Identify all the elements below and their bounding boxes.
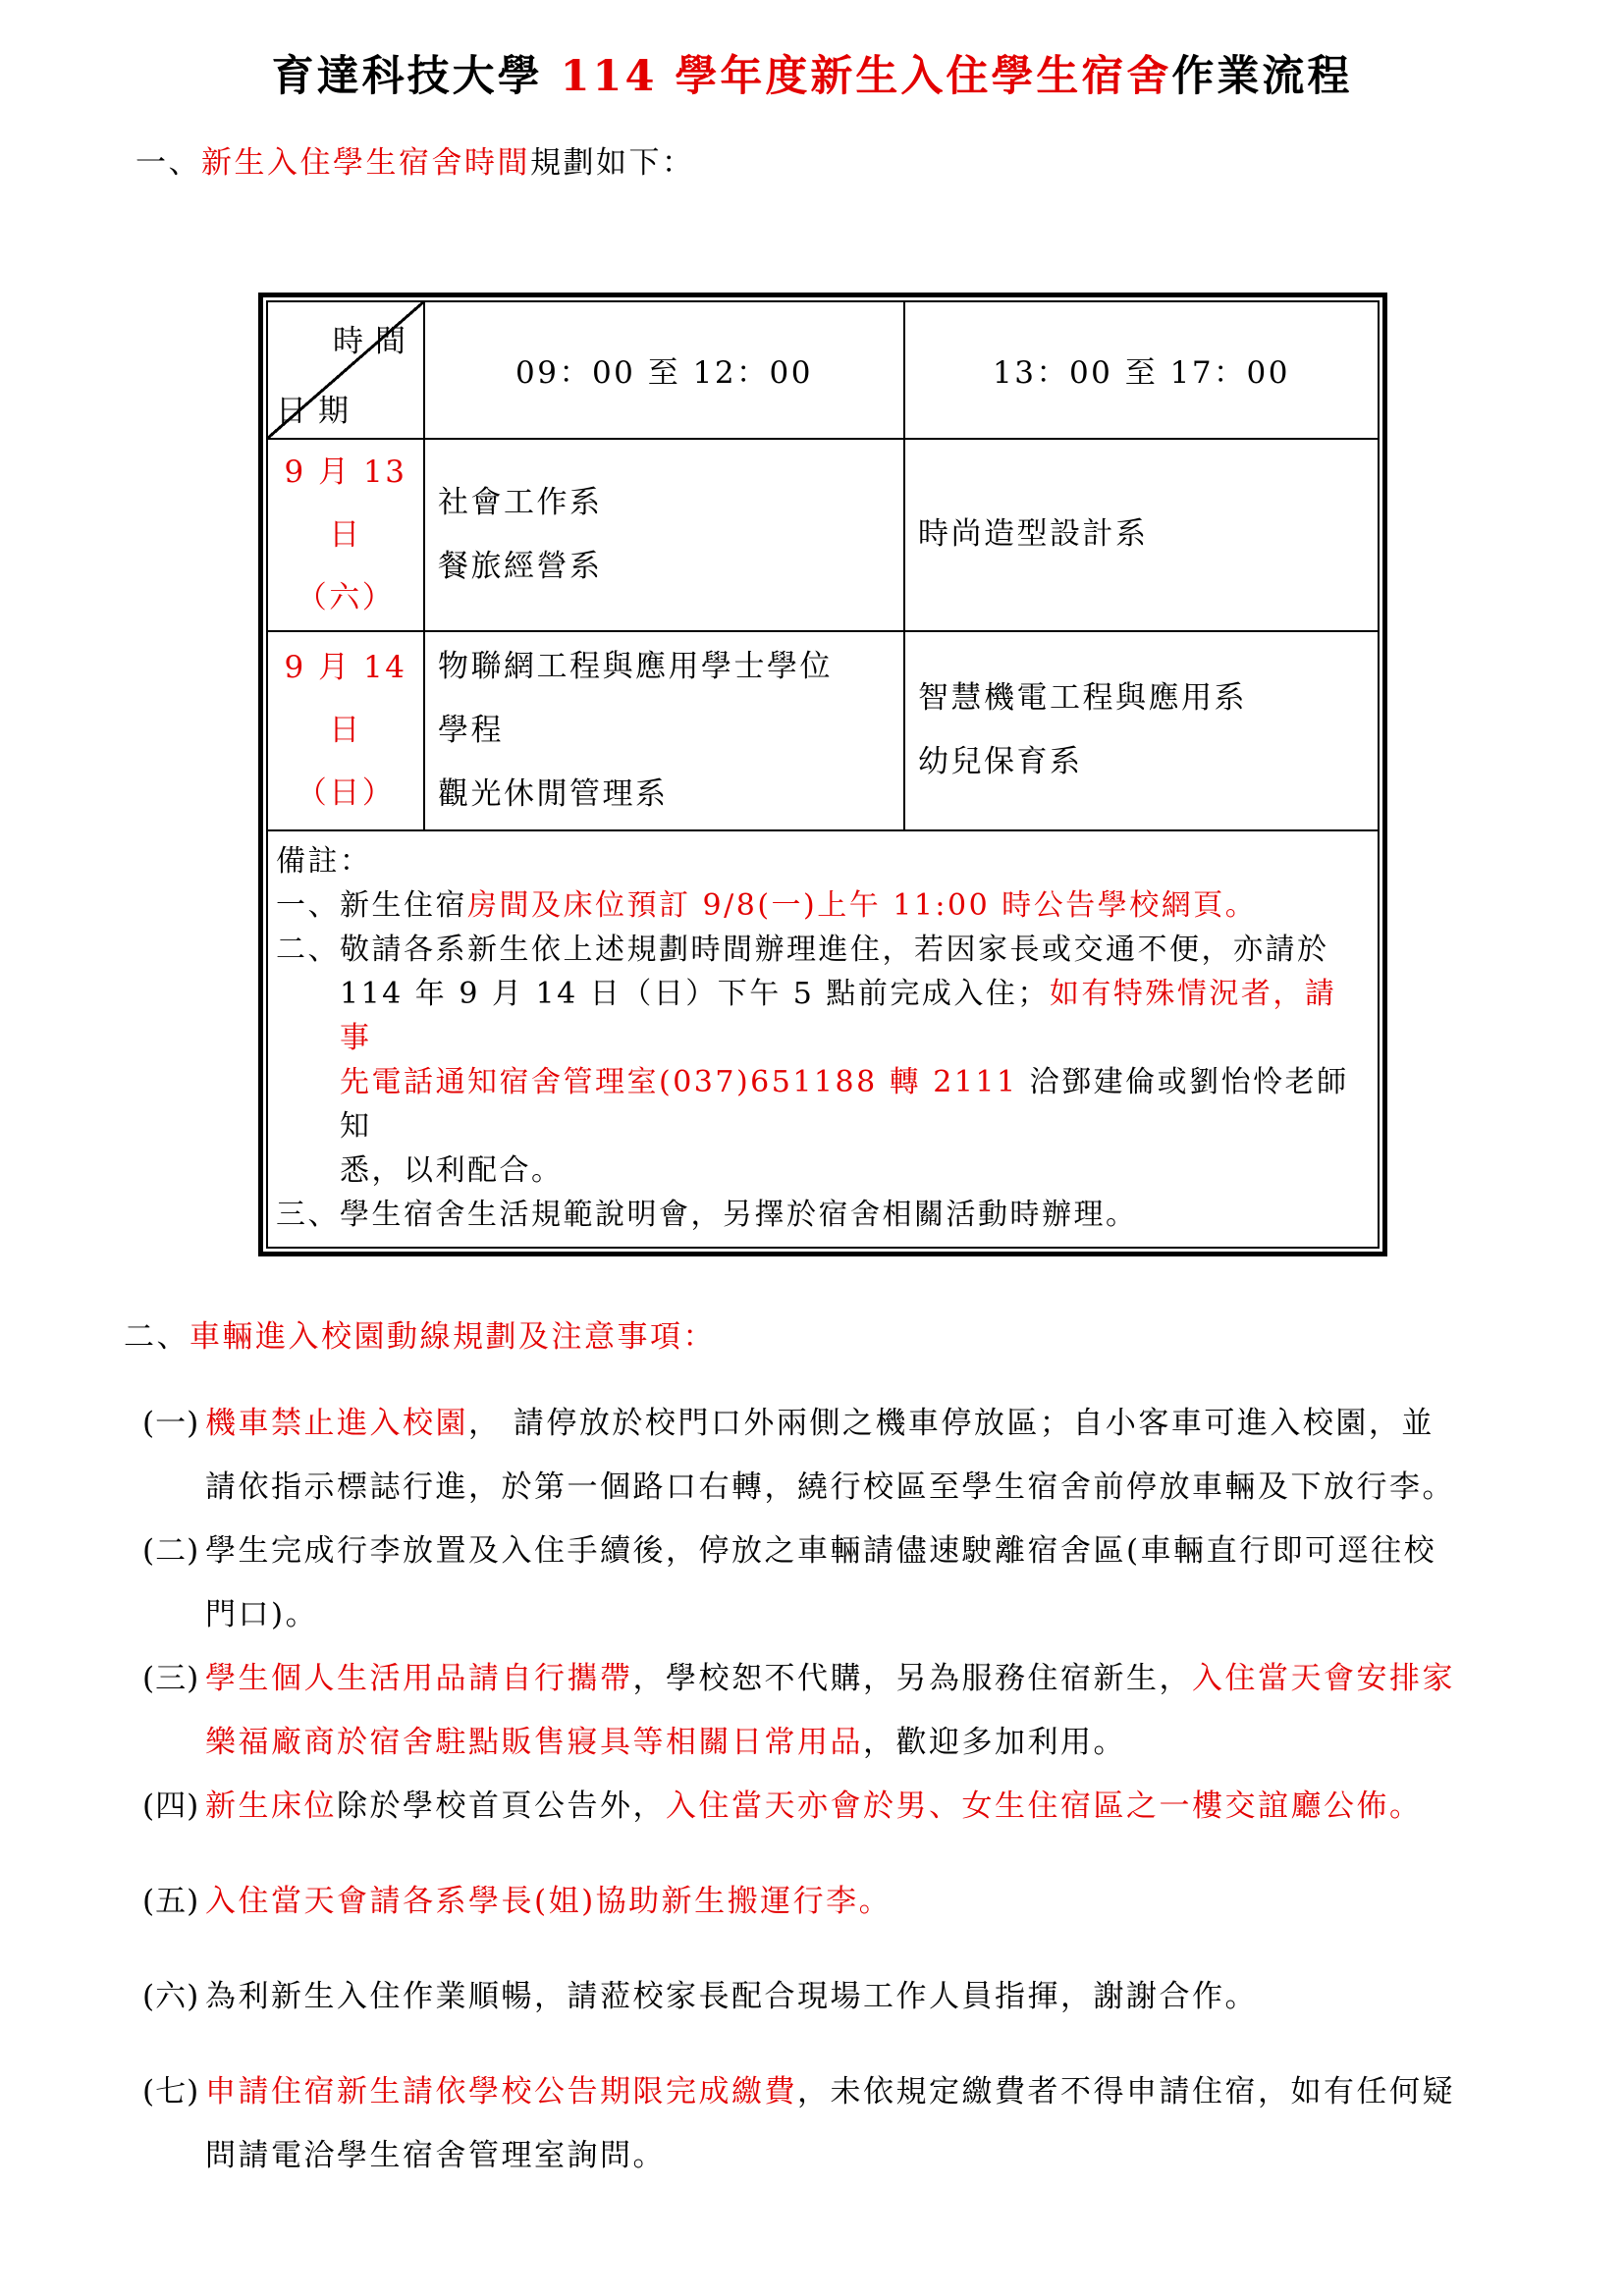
corner-label-time: 時間 <box>333 316 417 360</box>
item-marker: (五) <box>142 1870 205 1934</box>
list-item: (一) 機車禁止進入校園， 請停放於校門口外兩側之機車停放區；自小客車可進入校園… <box>142 1392 1585 1520</box>
note-item: 一、 新生住宿房間及床位預訂 9/8(一)上午 11:00 時公告學校網頁。 <box>276 883 1368 928</box>
page-title: 育達科技大學 114 學年度新生入住學生宿舍作業流程 <box>0 51 1624 104</box>
note-marker: 一、 <box>276 883 340 928</box>
section2-heading: 二、車輛進入校園動線規劃及注意事項： <box>124 1317 1624 1357</box>
item-text: 新生床位除於學校首頁公告外，入住當天亦會於男、女生住宿區之一樓交誼廳公佈。 <box>205 1775 1585 1839</box>
item-marker: (四) <box>142 1775 205 1839</box>
afternoon-depts-cell: 時尚造型設計系 <box>904 439 1379 631</box>
item-text: 學生個人生活用品請自行攜帶，學校恕不代購，另為服務住宿新生，入住當天會安排家 樂… <box>205 1647 1585 1775</box>
item-marker: (二) <box>142 1520 205 1647</box>
schedule-table: 時間 日期 09：00 至 12：00 13：00 至 17：00 9 月 13… <box>266 300 1380 1249</box>
item-text: 學生完成行李放置及入住手續後，停放之車輛請儘速駛離宿舍區(車輛直行即可逕往校 門… <box>205 1520 1585 1647</box>
item-text: 申請住宿新生請依學校公告期限完成繳費，未依規定繳費者不得申請住宿，如有任何疑 問… <box>205 2060 1585 2188</box>
morning-depts-cell: 物聯網工程與應用學士學位 學程 觀光休閒管理系 <box>424 631 904 830</box>
item-marker: (七) <box>142 2060 205 2188</box>
list-item: (二) 學生完成行李放置及入住手續後，停放之車輛請儘速駛離宿舍區(車輛直行即可逕… <box>142 1520 1585 1647</box>
schedule-table-frame: 時間 日期 09：00 至 12：00 13：00 至 17：00 9 月 13… <box>258 293 1387 1256</box>
corner-cell: 時間 日期 <box>267 301 424 439</box>
morning-header-cell: 09：00 至 12：00 <box>424 301 904 439</box>
date-cell: 9 月 14 日 （日） <box>267 631 424 830</box>
note-item: 二、 敬請各系新生依上述規劃時間辦理進住，若因家長或交通不便，亦請於 114 年… <box>276 928 1368 1193</box>
corner-label-date: 日期 <box>276 386 360 430</box>
afternoon-depts-cell: 智慧機電工程與應用系 幼兒保育系 <box>904 631 1379 830</box>
header-row: 時間 日期 09：00 至 12：00 13：00 至 17：00 <box>267 301 1379 439</box>
note-text: 新生住宿房間及床位預訂 9/8(一)上午 11:00 時公告學校網頁。 <box>340 883 1368 928</box>
table-row: 9 月 14 日 （日） 物聯網工程與應用學士學位 學程 觀光休閒管理系 智慧機… <box>267 631 1379 830</box>
list-item: (六) 為利新生入住作業順暢，請蒞校家長配合現場工作人員指揮，謝謝合作。 <box>142 1965 1585 2029</box>
note-item: 三、 學生宿舍生活規範說明會，另擇於宿舍相關活動時辦理。 <box>276 1193 1368 1237</box>
note-marker: 三、 <box>276 1193 340 1237</box>
item-text: 入住當天會請各系學長(姐)協助新生搬運行李。 <box>205 1870 1585 1934</box>
item-marker: (六) <box>142 1965 205 2029</box>
item-text: 機車禁止進入校園， 請停放於校門口外兩側之機車停放區；自小客車可進入校園，並 請… <box>205 1392 1585 1520</box>
notes-label: 備註： <box>276 839 1368 883</box>
afternoon-header-cell: 13：00 至 17：00 <box>904 301 1379 439</box>
note-text: 敬請各系新生依上述規劃時間辦理進住，若因家長或交通不便，亦請於 114 年 9 … <box>340 928 1368 1193</box>
notes-cell: 備註： 一、 新生住宿房間及床位預訂 9/8(一)上午 11:00 時公告學校網… <box>267 830 1379 1248</box>
list-item: (四) 新生床位除於學校首頁公告外，入住當天亦會於男、女生住宿區之一樓交誼廳公佈… <box>142 1775 1585 1839</box>
morning-depts-cell: 社會工作系 餐旅經營系 <box>424 439 904 631</box>
notes-row: 備註： 一、 新生住宿房間及床位預訂 9/8(一)上午 11:00 時公告學校網… <box>267 830 1379 1248</box>
list-item: (五) 入住當天會請各系學長(姐)協助新生搬運行李。 <box>142 1870 1585 1934</box>
note-marker: 二、 <box>276 928 340 1193</box>
note-text: 學生宿舍生活規範說明會，另擇於宿舍相關活動時辦理。 <box>340 1193 1368 1237</box>
document-page: 育達科技大學 114 學年度新生入住學生宿舍作業流程 一、新生入住學生宿舍時間規… <box>0 0 1624 2296</box>
item-marker: (三) <box>142 1647 205 1775</box>
section1-heading: 一、新生入住學生宿舍時間規劃如下： <box>135 143 1624 183</box>
list-item: (七) 申請住宿新生請依學校公告期限完成繳費，未依規定繳費者不得申請住宿，如有任… <box>142 2060 1585 2188</box>
date-cell: 9 月 13 日 （六） <box>267 439 424 631</box>
list-item: (三) 學生個人生活用品請自行攜帶，學校恕不代購，另為服務住宿新生，入住當天會安… <box>142 1647 1585 1775</box>
item-text: 為利新生入住作業順暢，請蒞校家長配合現場工作人員指揮，謝謝合作。 <box>205 1965 1585 2029</box>
item-marker: (一) <box>142 1392 205 1520</box>
table-row: 9 月 13 日 （六） 社會工作系 餐旅經營系 時尚造型設計系 <box>267 439 1379 631</box>
